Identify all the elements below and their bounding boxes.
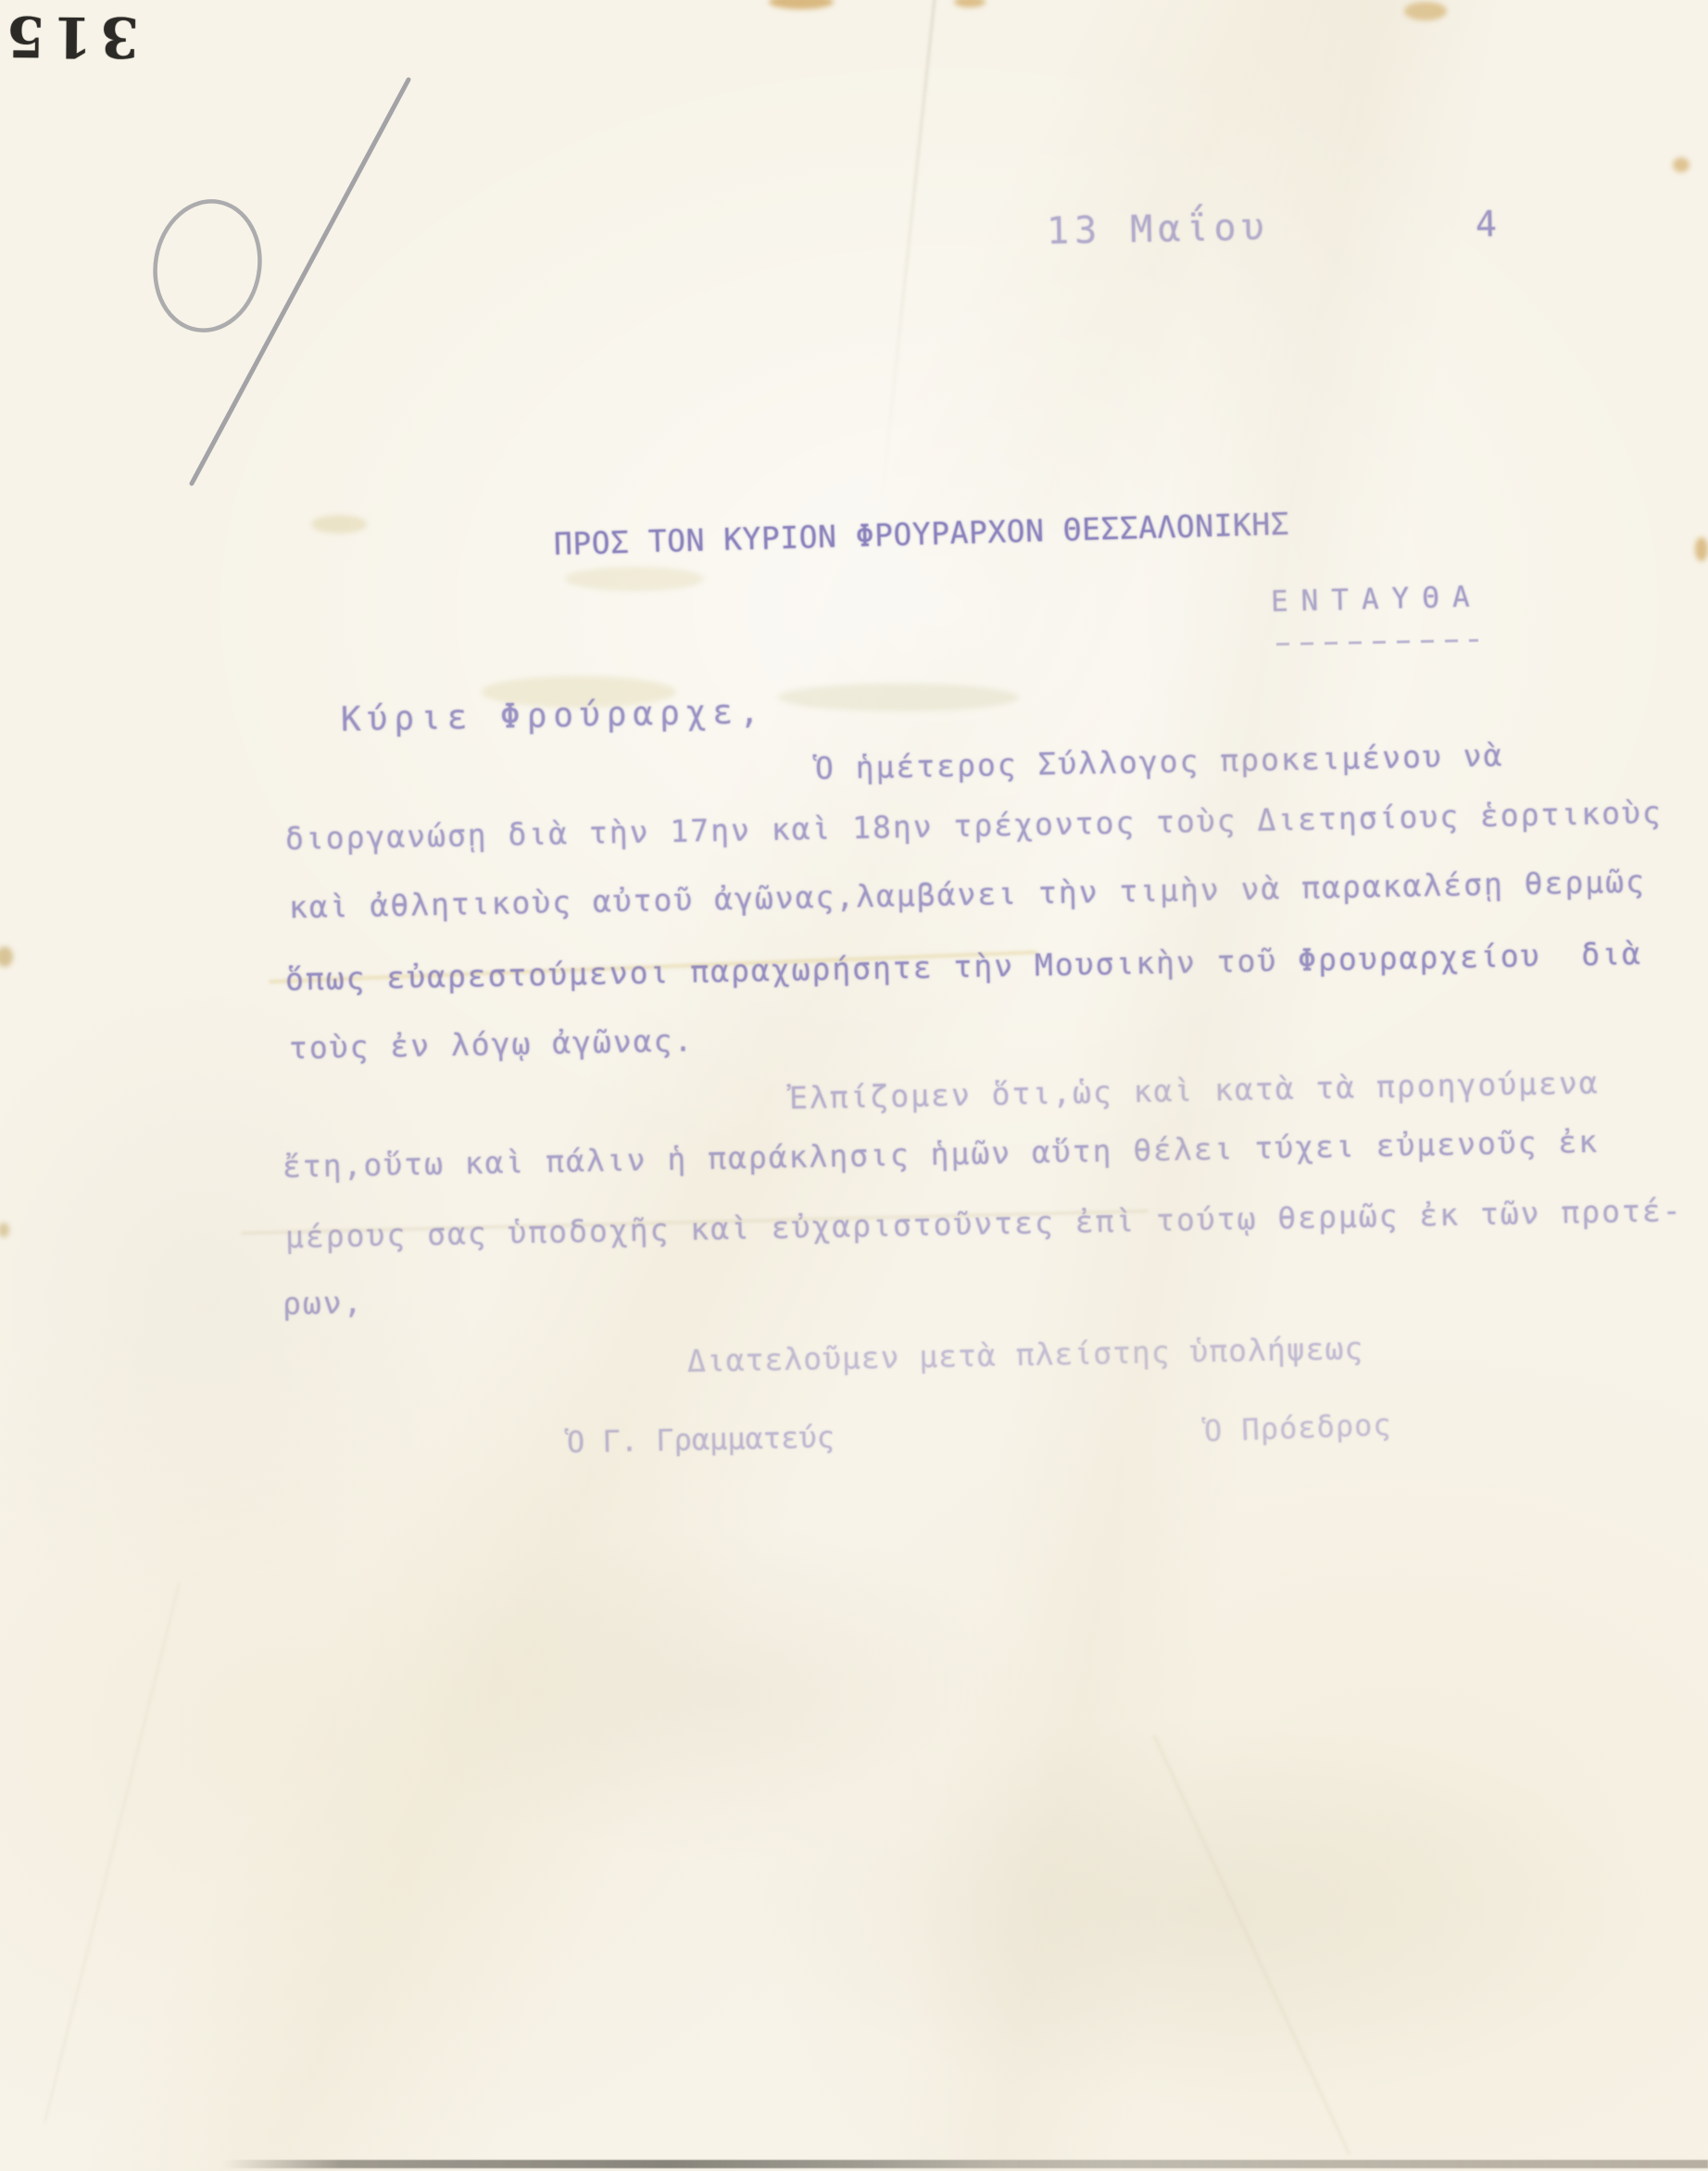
page-number-stamp: 315 [17, 3, 140, 69]
signature-secretary: Ὁ Γ. Γραμματεύς [567, 1421, 835, 1459]
body-line: ὅπως εὐαρεστούμενοι παραχωρήσητε τὴν Μου… [285, 937, 1643, 997]
crease [44, 1583, 180, 2123]
salutation: Κύριε Φρούραρχε, [341, 694, 766, 738]
body-line: τοὺς ἐν λόγῳ ἀγῶνας. [289, 1024, 695, 1066]
year-digit: 4 [1476, 206, 1500, 245]
stain [0, 1223, 9, 1237]
stain [769, 0, 834, 9]
body-line: διοργανώσῃ διὰ τὴν 17ην καὶ 18ην τρέχοντ… [285, 796, 1663, 856]
pencil-slash-icon [192, 80, 408, 483]
stain [565, 567, 704, 591]
location-underline [1276, 639, 1478, 646]
recipient-heading: ΠΡΟΣ ΤΟΝ ΚΥΡΙΟΝ ΦΡΟΥΡΑΡΧΟΝ ΘΕΣΣΑΛΟΝΙΚΗΣ [553, 508, 1289, 561]
stain [0, 947, 13, 967]
location-line: ΕΝΤΑΥΘΑ [1271, 581, 1483, 618]
body-line: μέρους σας ὑποδοχῆς καὶ εὐχαριστοῦντες ἐ… [285, 1194, 1683, 1254]
pencil-circle-icon [145, 193, 270, 338]
signature-president: Ὁ Πρόεδρος [1203, 1409, 1392, 1448]
body-line: ἔτη,οὕτω καὶ πάλιν ἡ παράκλησις ἡμῶν αὕτ… [283, 1125, 1600, 1185]
body-line: καὶ ἀθλητικοὺς αὐτοῦ ἀγῶνας,λαμβάνει τὴν… [289, 865, 1647, 924]
stain [311, 515, 367, 533]
stain [1673, 157, 1689, 172]
stain [954, 0, 986, 7]
crease [1152, 1735, 1350, 2155]
stain [1404, 2, 1447, 20]
stain [1695, 537, 1708, 561]
stain [778, 684, 1019, 711]
body-line: Ὁ ἡμέτερος Σύλλογος προκειμένου νὰ [815, 739, 1504, 786]
body-line: Ἐλπίζομεν ὅτι,ὡς καὶ κατὰ τὰ προηγούμενα [789, 1066, 1600, 1115]
closing-line: Διατελοῦμεν μετὰ πλείστης ὑπολήψεως [687, 1332, 1364, 1378]
scan-bottom-edge [222, 2160, 1708, 2168]
body-line: ρων, [283, 1286, 364, 1321]
scanned-letter-page: 315 13 Μαΐου 4 ΠΡΟΣ ΤΟΝ ΚΥΡΙΟΝ ΦΡΟΥΡΑΡΧΟ… [0, 0, 1708, 2171]
crease [881, 0, 938, 499]
date: 13 Μαΐου [1047, 207, 1270, 252]
